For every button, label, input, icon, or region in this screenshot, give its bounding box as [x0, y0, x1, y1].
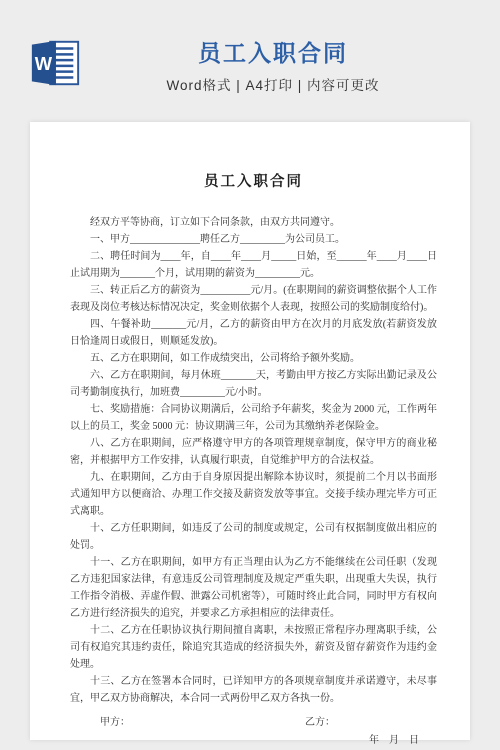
document-content: 员工入职合同 经双方平等协商，订立如下合同条款，由双方共同遵守。一、甲方____… [30, 122, 470, 749]
contract-paragraph: 八、乙方在职期间，应严格遵守甲方的各项管理规章制度，保守甲方的商业秘密，并根据甲… [70, 435, 437, 469]
contract-paragraph: 十二、乙方在任职协议执行期间擅自离职，未按照正常程序办理离职手续，公司有权追究其… [70, 622, 437, 673]
svg-text:W: W [35, 53, 53, 74]
contract-paragraph: 二、聘任时间为____年，自____年____月_____日始，至______年… [70, 248, 437, 282]
contract-paragraph: 五、乙方在职期间，如工作成绩突出，公司将给予额外奖励。 [70, 350, 437, 367]
contract-paragraph: 九、在职期间，乙方由于自身原因提出解除本协议时，须提前二个月以书面形式通知甲方以… [70, 469, 437, 520]
contract-paragraph: 七、奖励措施：合同协议期满后，公司给予年薪奖，奖金为 2000 元，工作两年以上… [70, 401, 437, 435]
word-logo-icon: W [28, 36, 82, 90]
contract-title: 员工入职合同 [70, 172, 437, 192]
contract-paragraph: 一、甲方______________聘任乙方_________为公司员工。 [70, 231, 437, 248]
contract-paragraphs: 经双方平等协商，订立如下合同条款，由双方共同遵守。一、甲方___________… [70, 214, 437, 707]
template-subtitle: Word格式 | A4打印 | 内容可更改 [46, 74, 500, 94]
contract-paragraph: 十三、乙方在签署本合同时，已详知甲方的各项规章制度并承诺遵守，未尽事宜，甲乙双方… [70, 673, 437, 707]
party-a-signature-label: 甲方： [100, 713, 130, 728]
contract-paragraph: 四、午餐补助_______元/月，乙方的薪资由甲方在次月的月底发放(若薪资发放日… [70, 316, 437, 350]
contract-paragraph: 十一、乙方在职期间，如甲方有正当理由认为乙方不能继续在公司任职（发现乙方违犯国家… [70, 554, 437, 622]
contract-paragraph: 三、转正后乙方的薪资为__________元/月。(在职期间的薪资调整依据个人工… [70, 282, 437, 316]
template-header: W 员工入职合同 Word格式 | A4打印 | 内容可更改 [0, 0, 500, 122]
contract-paragraph: 经双方平等协商，订立如下合同条款，由双方共同遵守。 [70, 214, 437, 231]
contract-paragraph: 六、乙方在职期间，每月休班_______天，考勤由甲方按乙方实际出勤记录及公司考… [70, 367, 437, 401]
document-preview-page: 员工入职合同 经双方平等协商，订立如下合同条款，由双方共同遵守。一、甲方____… [30, 122, 470, 740]
contract-paragraph: 十、乙方任职期间，如违反了公司的制度或规定，公司有权据制度做出相应的处罚。 [70, 520, 437, 554]
party-b-signature-label: 乙方： [305, 713, 335, 728]
template-title: 员工入职合同 [46, 40, 500, 66]
signature-row: 甲方： 乙方： [70, 713, 437, 730]
signature-date-line: 年 月 日 [70, 732, 437, 749]
